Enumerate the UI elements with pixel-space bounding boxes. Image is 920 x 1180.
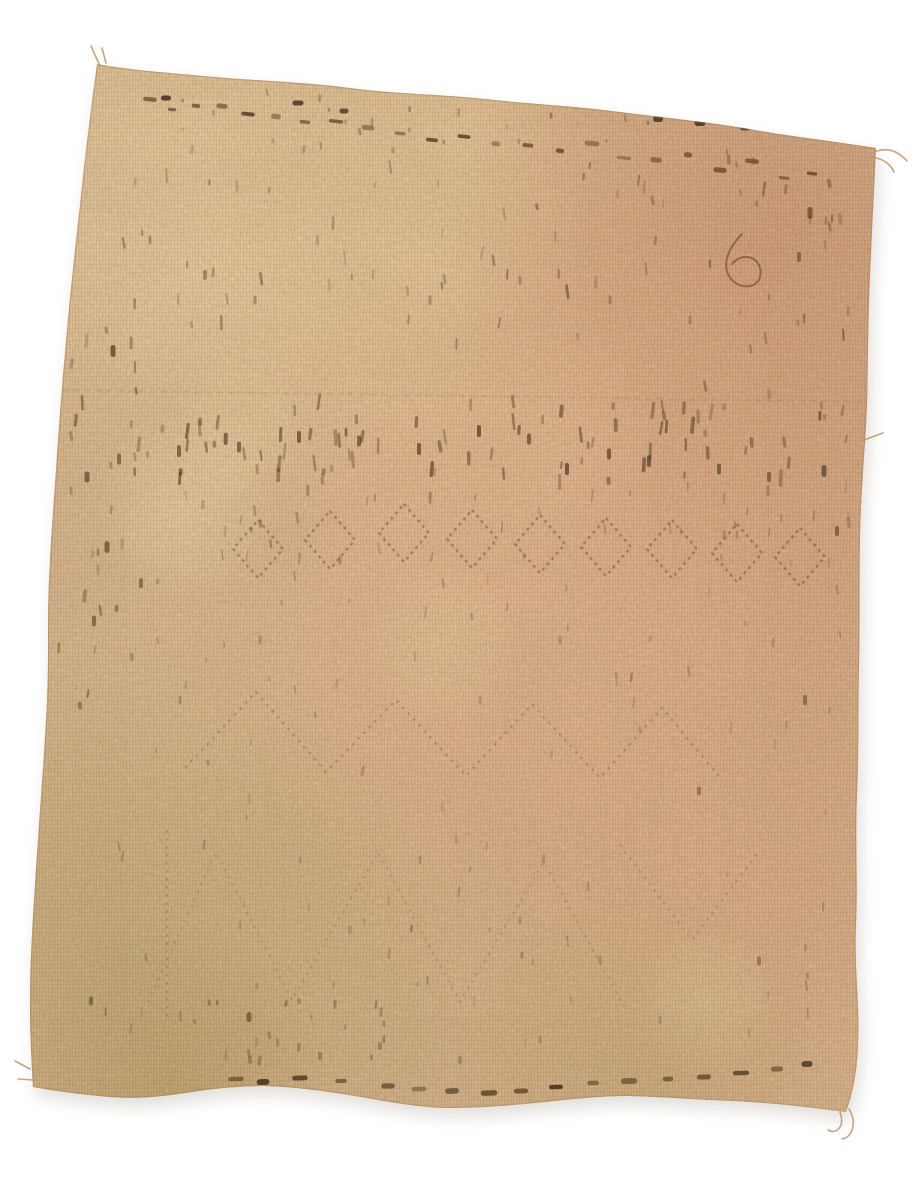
stitch-mark — [621, 1078, 637, 1084]
speck-mark — [223, 642, 225, 648]
speck-mark — [772, 637, 775, 647]
speck-mark — [518, 139, 521, 145]
dark-mark — [609, 296, 612, 305]
dark-mark — [717, 464, 721, 475]
speck-mark — [696, 409, 699, 423]
dark-mark — [161, 96, 171, 101]
speck-mark — [807, 1007, 809, 1019]
dark-mark — [259, 636, 262, 645]
speck-mark — [179, 1011, 182, 1022]
speck-mark — [822, 902, 824, 912]
speck-mark — [614, 418, 618, 432]
speck-mark — [818, 411, 821, 421]
dark-mark — [92, 616, 96, 627]
dark-mark — [149, 236, 152, 245]
speck-mark — [587, 882, 590, 891]
speck-mark — [130, 420, 133, 428]
speck-mark — [96, 564, 99, 575]
stitch-mark — [445, 1088, 459, 1094]
dark-mark — [89, 997, 93, 1006]
speck-mark — [727, 154, 731, 165]
speck-mark — [457, 108, 460, 117]
stitch-mark — [549, 1085, 563, 1090]
stitch-mark — [514, 1088, 528, 1093]
speck-mark — [437, 179, 439, 186]
speck-mark — [720, 554, 723, 562]
speck-mark — [429, 491, 432, 504]
dark-mark — [340, 109, 349, 114]
speck-mark — [297, 1043, 300, 1052]
dark-mark — [247, 1012, 252, 1022]
speck-mark — [133, 298, 136, 309]
cloth-group — [0, 0, 920, 1180]
speck-mark — [379, 1007, 382, 1017]
speck-mark — [306, 485, 309, 496]
dark-mark — [477, 425, 481, 437]
speck-mark — [363, 918, 366, 926]
dark-mark — [378, 1042, 382, 1050]
speck-mark — [766, 485, 769, 496]
speck-mark — [410, 925, 413, 933]
speck-mark — [581, 457, 583, 465]
speck-mark — [523, 92, 526, 100]
speck-mark — [293, 405, 296, 416]
speck-mark — [469, 399, 472, 411]
speck-mark — [473, 996, 475, 1006]
speck-mark — [366, 497, 368, 506]
stitch-mark — [587, 1081, 599, 1086]
speck-mark — [687, 482, 689, 491]
speck-mark — [104, 1007, 106, 1016]
speck-mark — [426, 976, 428, 985]
speck-mark — [182, 127, 184, 131]
dark-mark — [179, 696, 182, 705]
speck-mark — [276, 1038, 279, 1047]
textile-photo — [0, 0, 920, 1180]
speck-mark — [146, 451, 149, 458]
dark-mark — [519, 276, 522, 285]
speck-mark — [542, 854, 545, 863]
dark-mark — [139, 578, 143, 588]
dark-mark — [689, 316, 692, 325]
speck-mark — [383, 1021, 386, 1027]
speck-mark — [212, 110, 215, 116]
speck-mark — [442, 229, 444, 239]
dark-mark — [339, 556, 342, 565]
dark-mark — [519, 916, 522, 924]
speck-mark — [255, 1037, 257, 1047]
fringe-thread — [91, 46, 100, 66]
speck-mark — [208, 179, 210, 185]
stitch-mark — [335, 1079, 346, 1083]
speck-mark — [684, 438, 687, 451]
stitch-mark — [801, 1061, 812, 1067]
dark-mark — [417, 443, 421, 455]
speck-mark — [206, 760, 209, 766]
stitch-mark — [257, 1079, 270, 1085]
speck-mark — [408, 106, 410, 112]
speck-mark — [134, 361, 136, 373]
speck-mark — [779, 469, 783, 487]
dark-mark — [85, 472, 90, 483]
stitch-mark — [697, 1074, 711, 1079]
dark-mark — [248, 1056, 252, 1064]
dark-mark — [559, 636, 562, 645]
speck-mark — [333, 1000, 336, 1009]
dark-mark — [607, 449, 611, 460]
stitch-mark — [292, 1075, 308, 1080]
speck-mark — [57, 642, 60, 653]
speck-mark — [130, 337, 133, 350]
speck-mark — [768, 294, 770, 300]
speck-mark — [550, 113, 552, 119]
speck-mark — [828, 557, 831, 568]
speck-mark — [97, 548, 100, 556]
speck-mark — [382, 1035, 385, 1043]
speck-mark — [790, 560, 793, 567]
speck-mark — [541, 415, 544, 424]
speck-mark — [377, 437, 380, 454]
speck-mark — [348, 598, 350, 604]
dark-mark — [349, 926, 352, 935]
dark-mark — [647, 455, 651, 467]
speck-mark — [318, 95, 321, 103]
speck-mark — [374, 494, 376, 501]
dark-mark — [565, 463, 569, 475]
dark-mark — [357, 436, 361, 447]
speck-mark — [736, 531, 738, 540]
speck-mark — [806, 973, 809, 980]
speck-mark — [130, 653, 134, 661]
speck-mark — [177, 294, 180, 305]
speck-mark — [570, 997, 573, 1006]
speck-mark — [587, 442, 590, 450]
dark-mark — [254, 296, 257, 305]
stitch-mark — [771, 1066, 783, 1071]
speck-mark — [459, 89, 463, 96]
dark-mark — [318, 1052, 322, 1060]
dark-mark — [299, 856, 302, 864]
speck-mark — [370, 1054, 372, 1060]
speck-mark — [796, 319, 799, 326]
speck-mark — [224, 433, 228, 445]
dark-mark — [293, 101, 304, 106]
dark-mark — [177, 445, 181, 457]
dark-mark — [757, 957, 761, 966]
dark-mark — [659, 1016, 662, 1024]
speck-mark — [487, 573, 489, 585]
speck-mark — [371, 118, 374, 127]
speck-mark — [629, 490, 631, 497]
speck-mark — [133, 467, 136, 476]
speck-mark — [611, 402, 615, 410]
speck-mark — [255, 983, 258, 990]
speck-mark — [156, 578, 159, 584]
speck-mark — [181, 98, 184, 102]
speck-mark — [467, 451, 470, 465]
dark-mark — [105, 541, 110, 553]
dark-mark — [111, 345, 116, 357]
speck-mark — [220, 315, 222, 330]
speck-mark — [316, 235, 319, 245]
stitch-mark — [412, 1087, 427, 1092]
speck-mark — [115, 605, 119, 612]
speck-mark — [680, 528, 682, 536]
speck-mark — [847, 306, 850, 317]
speck-mark — [709, 259, 711, 268]
dark-mark — [822, 465, 827, 477]
dark-mark — [797, 252, 801, 262]
speck-mark — [355, 414, 359, 424]
dark-mark — [117, 454, 121, 465]
speck-mark — [332, 216, 335, 230]
dark-mark — [539, 1036, 542, 1044]
speck-mark — [617, 190, 619, 199]
stitch-mark — [481, 1090, 498, 1096]
speck-mark — [767, 991, 770, 997]
stitch-mark — [733, 1071, 749, 1076]
speck-mark — [70, 486, 73, 495]
speck-mark — [179, 468, 183, 476]
speck-mark — [639, 727, 641, 733]
speck-mark — [785, 721, 788, 729]
speck-mark — [605, 139, 607, 144]
stitch-mark — [663, 1076, 674, 1081]
speck-mark — [330, 465, 333, 472]
dark-mark — [458, 1056, 462, 1064]
speck-mark — [272, 138, 275, 143]
speck-mark — [804, 944, 806, 951]
dark-mark — [835, 526, 839, 536]
speck-mark — [414, 651, 417, 662]
dark-mark — [803, 695, 807, 705]
dark-mark — [419, 856, 422, 865]
dark-mark — [297, 431, 301, 443]
speck-mark — [455, 338, 457, 350]
speck-mark — [744, 620, 746, 626]
speck-mark — [235, 180, 238, 192]
speck-mark — [345, 428, 348, 437]
speck-mark — [208, 999, 211, 1006]
speck-mark — [663, 103, 666, 110]
speck-mark — [748, 1029, 750, 1039]
speck-mark — [554, 230, 556, 241]
stitch-mark — [228, 1077, 244, 1082]
speck-mark — [558, 474, 561, 490]
dark-mark — [479, 696, 482, 705]
speck-mark — [682, 401, 686, 414]
dark-mark — [599, 956, 602, 964]
speck-mark — [803, 313, 806, 323]
dark-mark — [527, 434, 531, 445]
speck-mark — [739, 310, 741, 316]
speck-mark — [831, 214, 833, 222]
speck-mark — [259, 519, 262, 528]
speck-mark — [773, 739, 776, 750]
dark-mark — [203, 270, 207, 280]
fringe-thread — [102, 48, 106, 63]
speck-mark — [121, 538, 124, 550]
stitch-mark — [381, 1083, 395, 1089]
dark-mark — [767, 472, 771, 482]
speck-mark — [847, 512, 849, 521]
dark-mark — [237, 442, 241, 453]
photo-frame: Antique handwoven raffia textile panel, … — [0, 0, 920, 1180]
speck-mark — [538, 506, 540, 515]
fringe-thread — [18, 1079, 33, 1080]
dark-mark — [808, 207, 813, 219]
fringe-thread — [15, 1061, 30, 1069]
dark-mark — [697, 787, 701, 796]
dark-mark — [429, 295, 432, 305]
